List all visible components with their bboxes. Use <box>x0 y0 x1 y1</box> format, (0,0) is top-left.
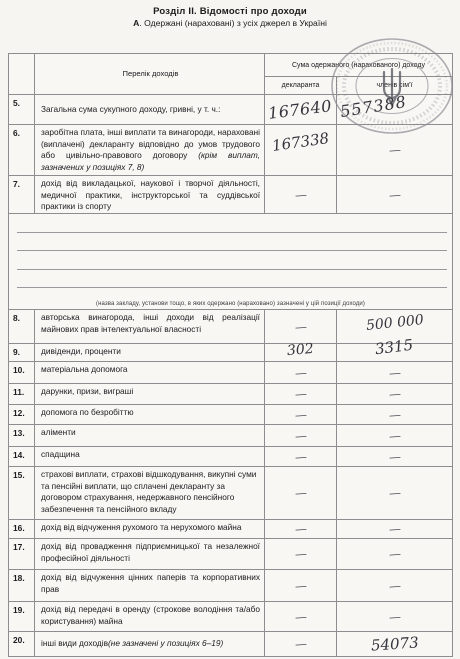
writing-line <box>17 287 447 288</box>
row-number: 17. <box>9 539 35 569</box>
amount-header-group: Сума одержаного (нарахованого) доходу де… <box>265 54 452 94</box>
handwritten-dash: — <box>388 548 401 561</box>
declarant-amount: — <box>265 310 337 343</box>
writing-line <box>17 232 447 233</box>
family-amount: — <box>337 425 452 446</box>
family-amount: — <box>337 520 452 538</box>
declarant-amount: 302 <box>265 344 337 361</box>
income-label: матеріальна допомога <box>35 362 265 383</box>
handwritten-dash: — <box>388 579 401 592</box>
row-number: 20. <box>9 632 35 656</box>
header-number-cell <box>9 54 35 94</box>
row-number: 11. <box>9 384 35 404</box>
family-amount: — <box>337 384 452 404</box>
table-row: 18. дохід від відчуження цінних паперів … <box>9 569 452 601</box>
table-row: 20. інші види доходів (не зазначені у по… <box>9 631 452 656</box>
income-label: заробітна плата, інші виплати та винагор… <box>35 125 265 175</box>
family-amount: — <box>337 447 452 466</box>
handwritten-dash: — <box>294 429 307 442</box>
handwritten-dash: — <box>388 523 401 536</box>
row-number: 19. <box>9 602 35 631</box>
income-label: спадщина <box>35 447 265 466</box>
declarant-amount: — <box>265 520 337 538</box>
handwritten-amount: 500 000 <box>365 313 424 333</box>
income-label: дохід від відчуження рухомого та нерухом… <box>35 520 265 538</box>
declarant-amount: 167640 <box>265 95 337 124</box>
handwritten-dash: — <box>388 487 401 500</box>
income-label: дарунки, призи, виграші <box>35 384 265 404</box>
table-row: 17. дохід від провадження підприємницько… <box>9 538 452 569</box>
header-row: Перелік доходів Сума одержаного (нарахов… <box>9 54 452 94</box>
handwritten-dash: — <box>388 144 401 157</box>
table-row: 14. спадщина — — <box>9 446 452 466</box>
amount-header: Сума одержаного (нарахованого) доходу <box>265 54 452 77</box>
table-row: 9. дивіденди, проценти 302 3315 <box>9 343 452 361</box>
table-row: 13. аліменти — — <box>9 424 452 446</box>
table-row: 15. страхові виплати, страхові відшкодув… <box>9 466 452 519</box>
handwritten-dash: — <box>294 579 307 592</box>
income-label: дохід від відчуження цінних паперів та к… <box>35 570 265 601</box>
income-label: страхові виплати, страхові відшкодування… <box>35 467 265 519</box>
declarant-amount: — <box>265 425 337 446</box>
row-number: 12. <box>9 405 35 424</box>
handwritten-dash: — <box>388 366 401 379</box>
amount-subheaders: декларанта членів сім’ї <box>265 77 452 94</box>
family-amount: — <box>337 467 452 519</box>
row-number: 5. <box>9 95 35 124</box>
income-label: дохід від викладацької, наукової і творч… <box>35 176 265 213</box>
handwritten-dash: — <box>294 366 307 379</box>
declarant-amount: — <box>265 570 337 601</box>
declarant-amount: — <box>265 176 337 213</box>
declarant-amount: — <box>265 384 337 404</box>
declarant-amount: — <box>265 405 337 424</box>
income-label: допомога по безробіттю <box>35 405 265 424</box>
income-label: авторська винагорода, інші доходи від ре… <box>35 310 265 343</box>
handwritten-amount: 54073 <box>370 635 419 653</box>
income-label: Загальна сума сукупного доходу, гривні, … <box>35 95 265 124</box>
income-label: дохід від провадження підприємницької та… <box>35 539 265 569</box>
writing-line <box>17 250 447 251</box>
handwritten-dash: — <box>294 610 307 623</box>
handwritten-amount: 302 <box>287 341 315 357</box>
handwritten-dash: — <box>294 408 307 421</box>
income-label-text: інші види доходів <box>41 638 108 650</box>
income-label-italic: (не зазначені у позиціях 6–19) <box>108 638 223 650</box>
table-row: 6. заробітна плата, інші виплати та вина… <box>9 124 452 175</box>
row-number: 9. <box>9 344 35 361</box>
income-list-header: Перелік доходів <box>35 54 265 94</box>
income-label: аліменти <box>35 425 265 446</box>
handwritten-dash: — <box>294 320 307 333</box>
family-amount: 3315 <box>337 344 452 361</box>
handwritten-amount: 167338 <box>271 131 330 154</box>
handwritten-dash: — <box>388 408 401 421</box>
table-row: 7. дохід від викладацької, наукової і тв… <box>9 175 452 213</box>
handwritten-dash: — <box>294 548 307 561</box>
writing-line <box>17 269 447 270</box>
handwritten-dash: — <box>388 188 401 201</box>
institution-note-cell: (назва закладу, установи тощо, в яких од… <box>9 213 452 309</box>
declarant-amount: — <box>265 467 337 519</box>
subsection-text: . Одержані (нараховані) з усіх джерел в … <box>139 18 327 28</box>
handwritten-dash: — <box>294 450 307 463</box>
handwritten-dash: — <box>388 450 401 463</box>
note-caption: (назва закладу, установи тощо, в яких од… <box>9 301 452 307</box>
row-number: 6. <box>9 125 35 175</box>
table-row: 12. допомога по безробіттю — — <box>9 404 452 424</box>
table-row: 16. дохід від відчуження рухомого та нер… <box>9 519 452 538</box>
row-number: 7. <box>9 176 35 213</box>
family-amount: — <box>337 539 452 569</box>
handwritten-amount: 167640 <box>268 98 334 122</box>
income-table: Перелік доходів Сума одержаного (нарахов… <box>8 53 453 657</box>
declarant-column-header: декларанта <box>265 77 337 94</box>
declarant-amount: — <box>265 539 337 569</box>
section-title: Розділ II. Відомості про доходи <box>0 6 460 18</box>
declarant-amount: — <box>265 602 337 631</box>
row-number: 16. <box>9 520 35 538</box>
table-row: 11. дарунки, призи, виграші — — <box>9 383 452 404</box>
row-number: 14. <box>9 447 35 466</box>
income-label: інші види доходів (не зазначені у позиці… <box>35 632 265 656</box>
family-amount: — <box>337 602 452 631</box>
family-amount: — <box>337 125 452 175</box>
table-row: 19. дохід від передачі в оренду (строков… <box>9 601 452 631</box>
handwritten-dash: — <box>294 388 307 401</box>
page-titles: Розділ II. Відомості про доходи А. Одерж… <box>0 6 460 29</box>
table-row: 10. матеріальна допомога — — <box>9 361 452 383</box>
income-label: дохід від передачі в оренду (строкове во… <box>35 602 265 631</box>
family-amount: 54073 <box>337 632 452 656</box>
handwritten-amount: 3315 <box>375 338 415 358</box>
row-number: 10. <box>9 362 35 383</box>
subsection-title: А. Одержані (нараховані) з усіх джерел в… <box>0 18 460 29</box>
family-amount: — <box>337 570 452 601</box>
row-number: 15. <box>9 467 35 519</box>
family-amount: — <box>337 405 452 424</box>
row-number: 18. <box>9 570 35 601</box>
income-label: дивіденди, проценти <box>35 344 265 361</box>
handwritten-dash: — <box>388 610 401 623</box>
handwritten-dash: — <box>388 429 401 442</box>
declarant-amount: — <box>265 362 337 383</box>
declarant-amount: — <box>265 632 337 656</box>
family-column-header: членів сім’ї <box>337 77 452 94</box>
handwritten-dash: — <box>294 188 307 201</box>
handwritten-dash: — <box>294 487 307 500</box>
row-number: 13. <box>9 425 35 446</box>
handwritten-dash: — <box>294 523 307 536</box>
handwritten-dash: — <box>388 388 401 401</box>
declarant-amount: 167338 <box>265 125 337 175</box>
family-amount: — <box>337 362 452 383</box>
family-amount: — <box>337 176 452 213</box>
declarant-amount: — <box>265 447 337 466</box>
handwritten-dash: — <box>294 638 307 651</box>
row-number: 8. <box>9 310 35 343</box>
